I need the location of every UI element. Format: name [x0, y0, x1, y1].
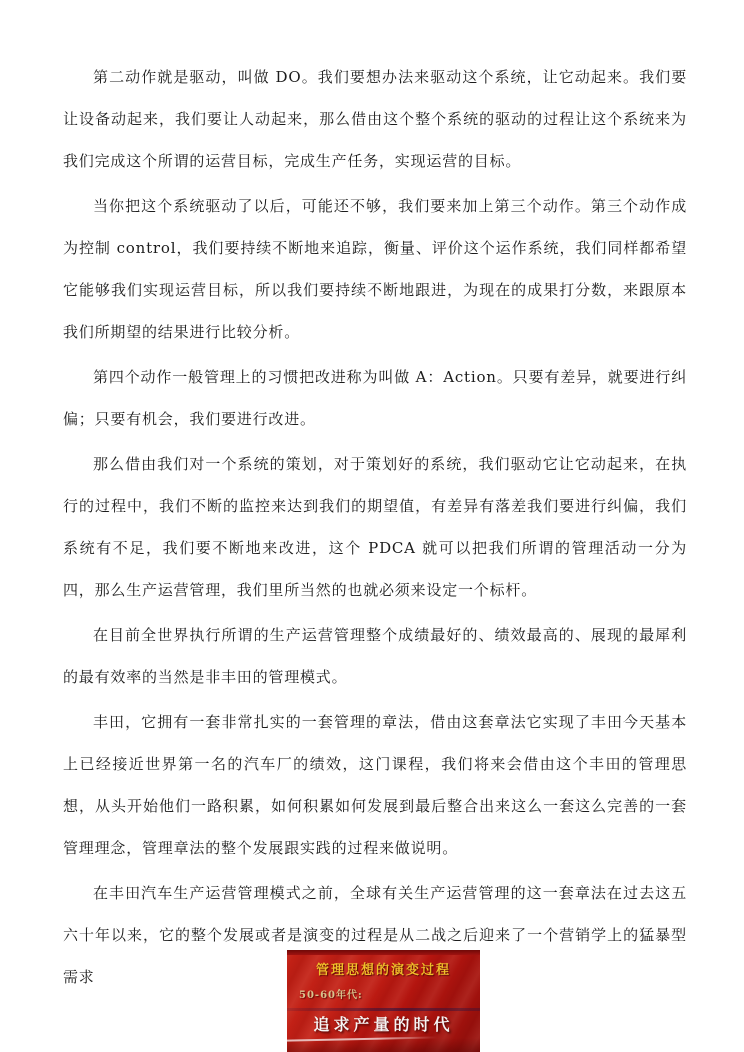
- document-page: 第二动作就是驱动，叫做 DO。我们要想办法来驱动这个系统，让它动起来。我们要让设…: [0, 0, 744, 1052]
- slide-era-label: 50-60年代:: [299, 986, 363, 1001]
- slide-title: 管理思想的演变过程: [287, 959, 480, 978]
- text-block: 第二动作就是驱动，叫做 DO。我们要想办法来驱动这个系统，让它动起来。我们要让设…: [63, 56, 687, 1001]
- paragraph-action-improve: 第四个动作一般管理上的习惯把改进称为叫做 A：Action。只要有差异，就要进行…: [63, 356, 687, 440]
- slide-headline: 追求产量的时代: [287, 1012, 480, 1035]
- paragraph-do-action: 第二动作就是驱动，叫做 DO。我们要想办法来驱动这个系统，让它动起来。我们要让设…: [63, 56, 687, 182]
- paragraph-toyota-best: 在目前全世界执行所谓的生产运营管理整个成绩最好的、绩效最高的、展现的最犀利的最有…: [63, 614, 687, 698]
- paragraph-toyota-method: 丰田，它拥有一套非常扎实的一套管理的章法，借由这套章法它实现了丰田今天基本上已经…: [63, 701, 687, 869]
- paragraph-control-action: 当你把这个系统驱动了以后，可能还不够，我们要来加上第三个动作。第三个动作成为控制…: [63, 185, 687, 353]
- embedded-slide-image: 管理思想的演变过程 50-60年代: 追求产量的时代: [287, 950, 480, 1052]
- slide-underline: [287, 1036, 437, 1041]
- slide-top-strip: [287, 950, 480, 955]
- slide-divider-band: [287, 1008, 480, 1011]
- paragraph-pdca-summary: 那么借由我们对一个系统的策划，对于策划好的系统，我们驱动它让它动起来，在执行的过…: [63, 443, 687, 611]
